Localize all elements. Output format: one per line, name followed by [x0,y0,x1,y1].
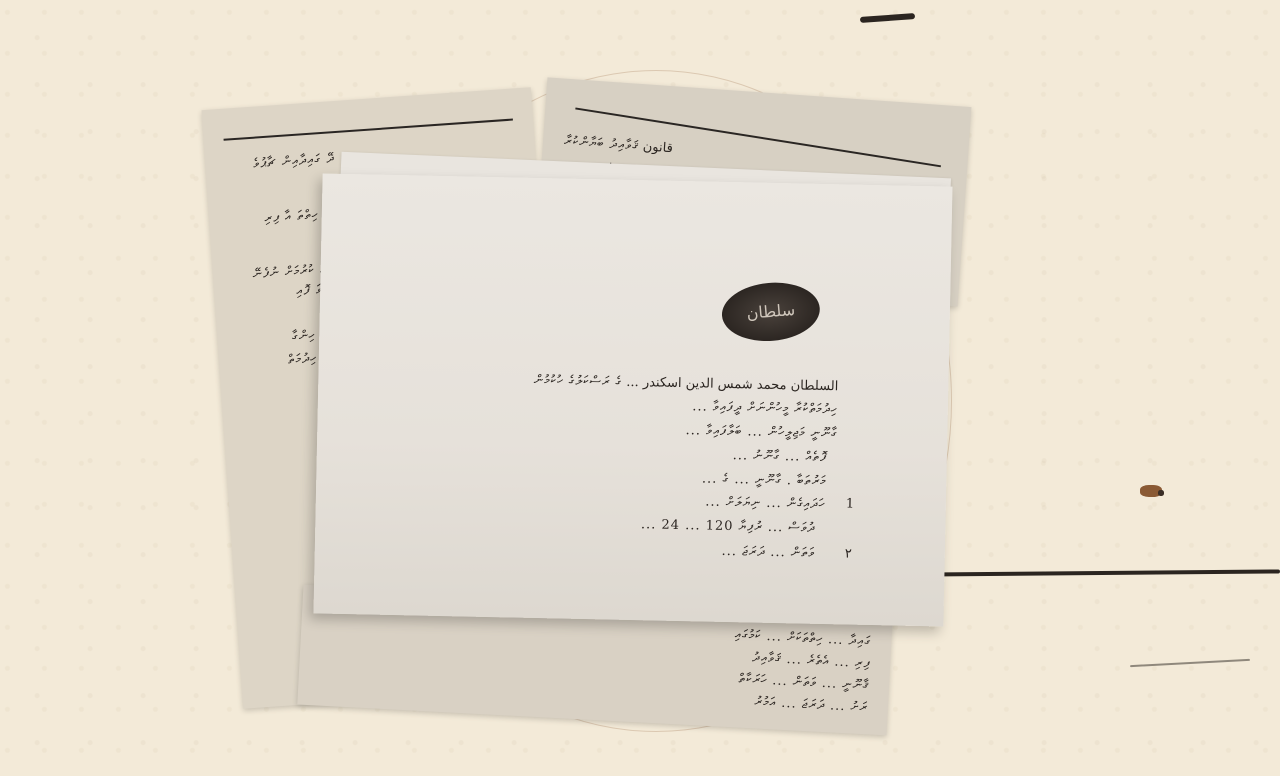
clause-number: ٢ [845,546,852,561]
ink-stroke [860,13,915,23]
document-collage: ދޭ ގައިދާއިން ޗާޕުވެ ތުރު ހިތްތަ އާ ފިރި… [0,0,1280,776]
text-line: ހަދައިގެން ... ނިޔަލަށް ... [456,489,826,512]
header-line: قانون ޤަވާއިދު ބަޔާންކުރާ [563,134,674,157]
ink-stroke [1130,659,1250,667]
clause-number: 1 [846,496,855,511]
text-line: ދުވަސް ... ރުފިޔާ 120 ... 24 ... [455,513,815,536]
text-line: السلطان محمد شمس الدين اسكندر ... ގެ ރަސ… [378,370,838,395]
header-rule [224,119,513,141]
text-line: ގާނޫނީ މަޖިލީހުން ... ބަލާފައިވާ ... [377,417,837,442]
ink-stain [1158,490,1164,496]
text-line: ވަތަން ... ދަރަޖަ ... [475,539,815,561]
text-line: ފޮތެއް ... ގާނޫނު ... [457,442,827,465]
text-line: ދޭ ގައިދާއިން ޗާޕުވެ [225,151,336,174]
text-line: ހިދުމަތްކުރާ މީހުންނަށް ދީފައިވާ ... [458,394,838,417]
royal-seal: سلطان [720,279,823,345]
ink-stroke [928,569,1280,576]
front-document: سلطان السلطان محمد شمس الدين اسكندر ... … [313,173,952,626]
text-line: މަރުތަބާ . ގާނޫނީ ... ގެ ... [416,465,826,489]
